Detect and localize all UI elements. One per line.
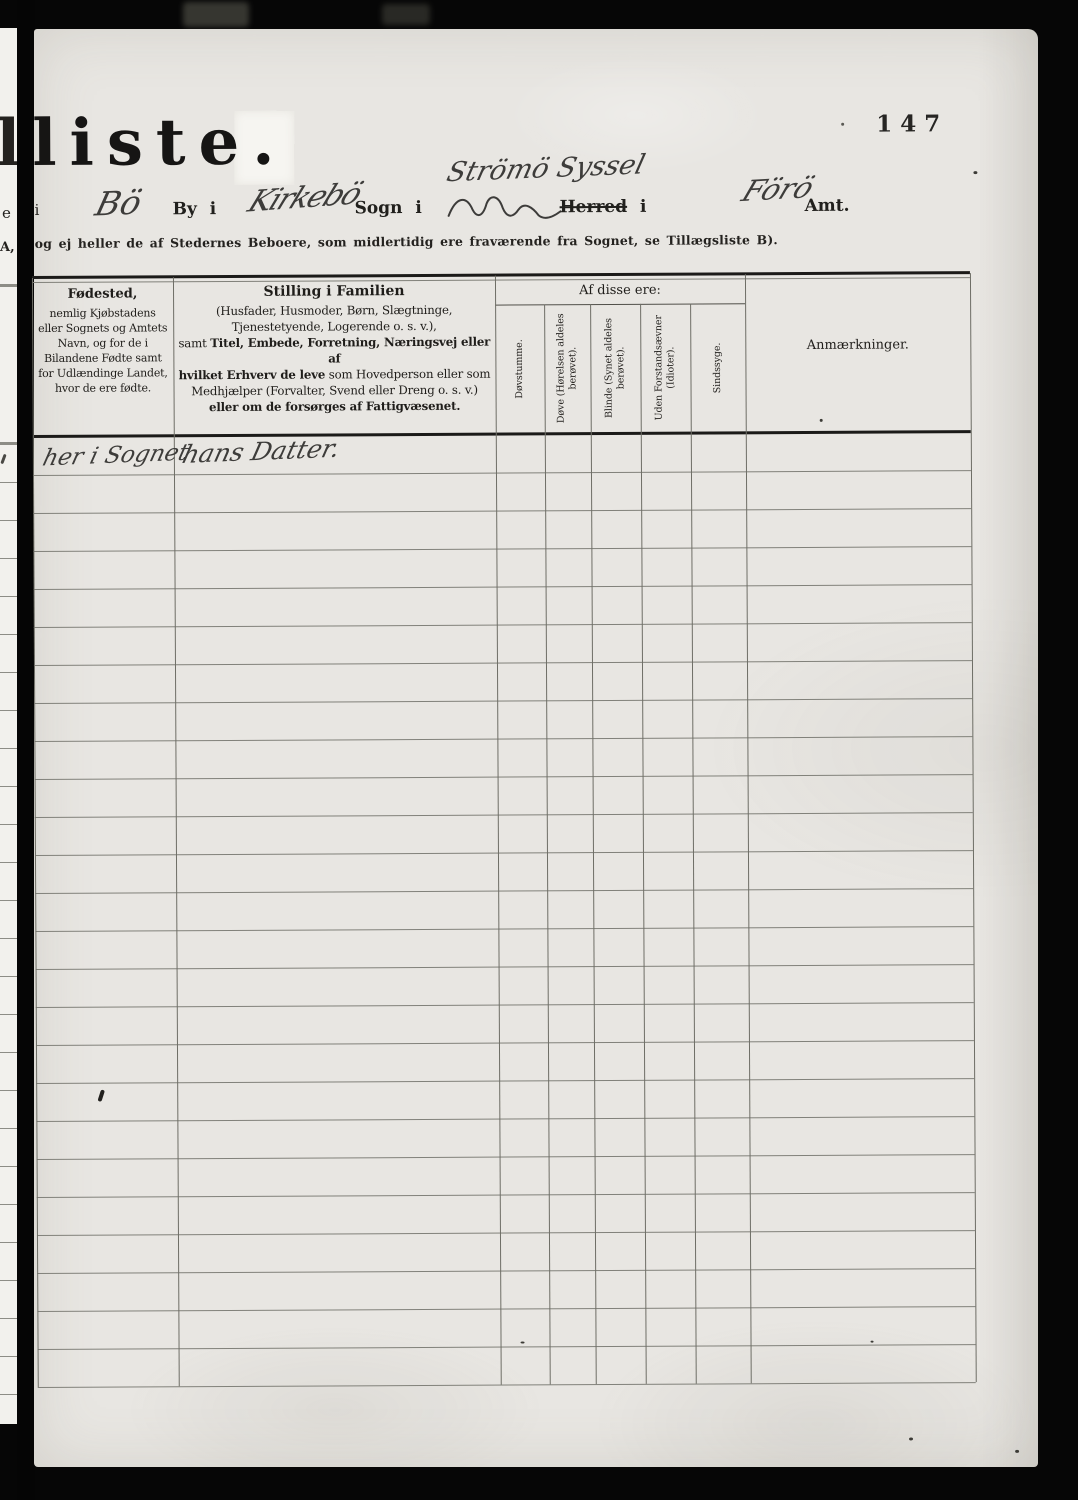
facing-page-row-line-stub: [0, 1128, 17, 1129]
scan-artifact-smudge: [183, 2, 249, 27]
facing-page-row-line-stub: [0, 558, 17, 559]
facing-page-row-line-stub: [0, 520, 17, 521]
facing-page-row-line-stub: [0, 1052, 17, 1053]
facing-page-row-line-stub: [0, 1280, 17, 1281]
facing-page-text-fragment: A,: [0, 240, 15, 255]
facing-page-row-line-stub: [0, 1356, 17, 1357]
facing-page-row-line-stub: [0, 596, 17, 597]
facing-page-rule-stub: [0, 442, 17, 445]
facing-page-row-line-stub: [0, 1318, 17, 1319]
facing-page-row-line-stub: [0, 1242, 17, 1243]
facing-page-row-line-stub: [0, 1166, 17, 1167]
facing-page-row-line-stub: [0, 748, 17, 749]
facing-page-row-line-stub: [0, 938, 17, 939]
facing-page-rule-stub: [0, 284, 17, 287]
facing-page-row-line-stub: [0, 786, 17, 787]
facing-page-row-line-stub: [0, 710, 17, 711]
facing-page-row-line-stub: [0, 976, 17, 977]
facing-page-row-line-stub: [0, 482, 17, 483]
scan-artifact-smudge: [382, 4, 430, 25]
scanner-background: { "scan": { "page_number": "147", "title…: [0, 0, 1078, 1500]
paper-texture: [34, 29, 1038, 1467]
facing-page-row-line-stub: [0, 824, 17, 825]
facing-page-text-fragment: e: [2, 204, 11, 222]
book-spine-bar: [17, 0, 35, 1500]
facing-page-row-line-stub: [0, 862, 17, 863]
facing-page-row-line-stub: [0, 900, 17, 901]
facing-page-row-line-stub: [0, 1394, 17, 1395]
facing-page-row-line-stub: [0, 1090, 17, 1091]
facing-page-edge: l e A,: [0, 28, 17, 1424]
facing-page-row-line-stub: [0, 634, 17, 635]
handwriting-fragment-mark: [0, 454, 6, 464]
facing-page-title-fragment: l: [0, 112, 17, 176]
facing-page-row-line-stub: [0, 672, 17, 673]
scanned-page: [34, 29, 1038, 1467]
facing-page-row-line-stub: [0, 1204, 17, 1205]
facing-page-row-line-stub: [0, 1014, 17, 1015]
